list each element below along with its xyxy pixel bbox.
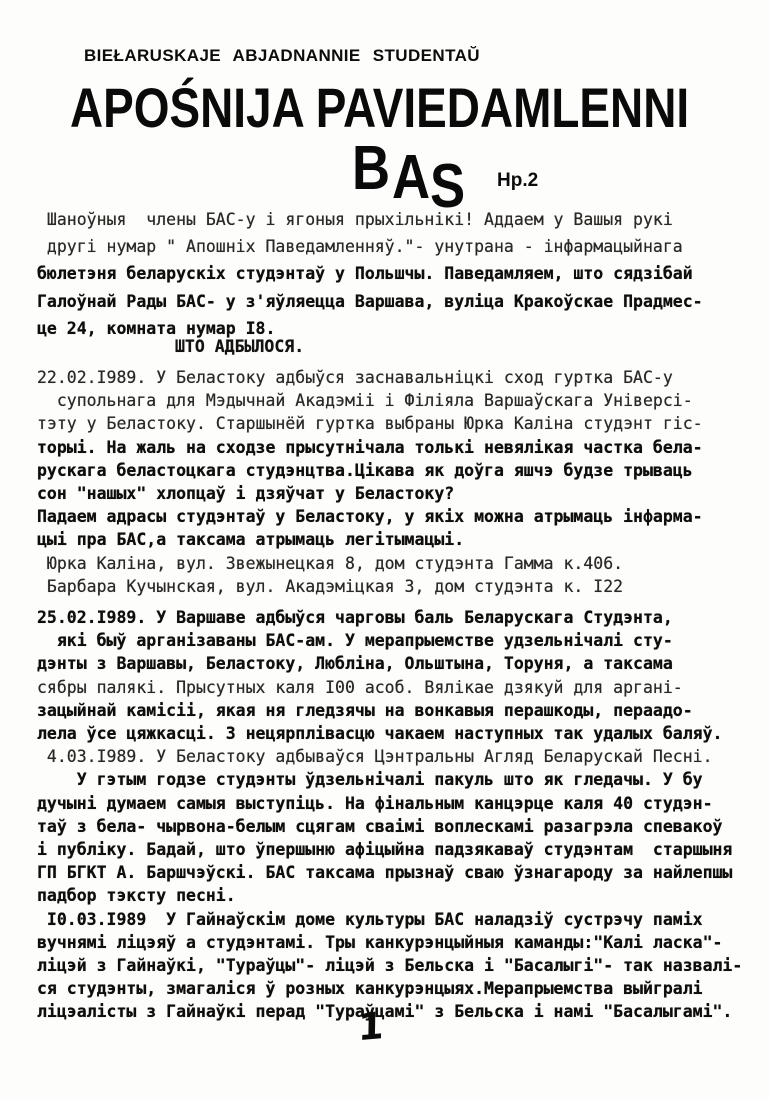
intro-line: бюлетэня беларускіх студэнтаў у Польшчы.… — [37, 260, 703, 287]
news-line: торыі. На жаль на сходзе прысутнічала то… — [37, 436, 742, 459]
news-line: тэту у Беластоку. Старшынёй гуртка выбра… — [37, 412, 742, 435]
news-body: 22.02.I989. У Беластоку адбыўся заснавал… — [37, 366, 742, 1024]
news-line: які быў арганізаваны БАС-ам. У мерапрыем… — [37, 629, 742, 652]
news-line: 22.02.I989. У Беластоку адбыўся заснавал… — [37, 366, 742, 389]
news-line: лела ўсе цяжкасці. З нецярплівасцю чакае… — [37, 722, 742, 745]
news-line: рускага беластоцкага студэнцтва.Цікава я… — [37, 459, 742, 482]
acronym-letter-a: A — [392, 147, 430, 209]
masthead-title: APOŚNIJA PAVIEDAMLENNI — [70, 80, 689, 136]
news-line: Барбара Кучынская, вул. Акадэміцкая 3, д… — [37, 575, 742, 598]
news-line: сон "нашых" хлопцаў і дзяўчат у Беласток… — [37, 482, 742, 505]
news-line: дэнты з Варшавы, Беластоку, Любліна, Оль… — [37, 652, 742, 675]
news-line: сябры палякі. Прысутных каля I00 асоб. В… — [37, 676, 742, 699]
intro-paragraph: Шаноўныя члены БАС-у і ягоныя прыхільнік… — [37, 206, 703, 342]
masthead-organization: BIEŁARUSKAJE ABJADNANNIE STUDENTAŬ — [84, 46, 480, 66]
news-line: Падаем адрасы студэнтаў у Беластоку, у я… — [37, 505, 742, 528]
acronym-letter-b: B — [352, 138, 390, 200]
intro-line: другі нумар " Апошніх Паведамленняў."- у… — [37, 233, 703, 260]
page-number: 1 — [358, 1004, 384, 1049]
intro-line: це 24, комната нумар I8. — [37, 315, 703, 342]
intro-line: Галоўнай Рады БАС- у з'яўляецца Варшава,… — [37, 288, 703, 315]
news-line: падбор тэксту песні. — [37, 884, 742, 907]
scanned-bulletin-page: BIEŁARUSKAJE ABJADNANNIE STUDENTAŬ APOŚN… — [0, 0, 770, 1100]
section-heading: ШТО АДБЫЛОСЯ. — [175, 337, 304, 356]
issue-number: Нр.2 — [497, 170, 538, 192]
news-line: I0.03.I989 У Гайнаўскім доме культуры БА… — [37, 908, 742, 931]
news-line: 25.02.I989. У Варшаве адбыўся чарговы ба… — [37, 606, 742, 629]
news-line: таў з бела- чырвона-белым сцягам сваімі … — [37, 815, 742, 838]
news-line: У гэтым годзе студэнты ўдзельнічалі паку… — [37, 768, 742, 791]
news-line: ліцэалісты з Гайнаўкі перад "Тураўцамі" … — [37, 1000, 742, 1023]
news-line: вучнямі ліцэяў а студэнтамі. Тры канкурэ… — [37, 931, 742, 954]
news-line: супольнага для Мэдычнай Акадэміі і Філія… — [37, 389, 742, 412]
news-line: зацыйнай камісіі, якая ня гледзячы на во… — [37, 699, 742, 722]
news-line: Юрка Каліна, вул. Звежынецкая 8, дом сту… — [37, 552, 742, 575]
news-line: цыі пра БАС,а таксама атрымаць легітымац… — [37, 528, 742, 551]
news-line: ліцэй з Гайнаўкі, "Тураўцы"- ліцэй з Бел… — [37, 954, 742, 977]
intro-line: Шаноўныя члены БАС-у і ягоныя прыхільнік… — [37, 206, 703, 233]
news-line: ГП БГКТ А. Баршчэўскі. БАС таксама прызн… — [37, 861, 742, 884]
news-line: ся студэнты, змагаліся ў розных канкурэн… — [37, 977, 742, 1000]
news-line: і публіку. Бадай, што ўпершыню афіцыйна … — [37, 838, 742, 861]
news-line: 4.03.I989. У Беластоку адбываўся Цэнтрал… — [37, 745, 742, 768]
news-line: дучыні думаем самыя выступіць. На фіналь… — [37, 792, 742, 815]
